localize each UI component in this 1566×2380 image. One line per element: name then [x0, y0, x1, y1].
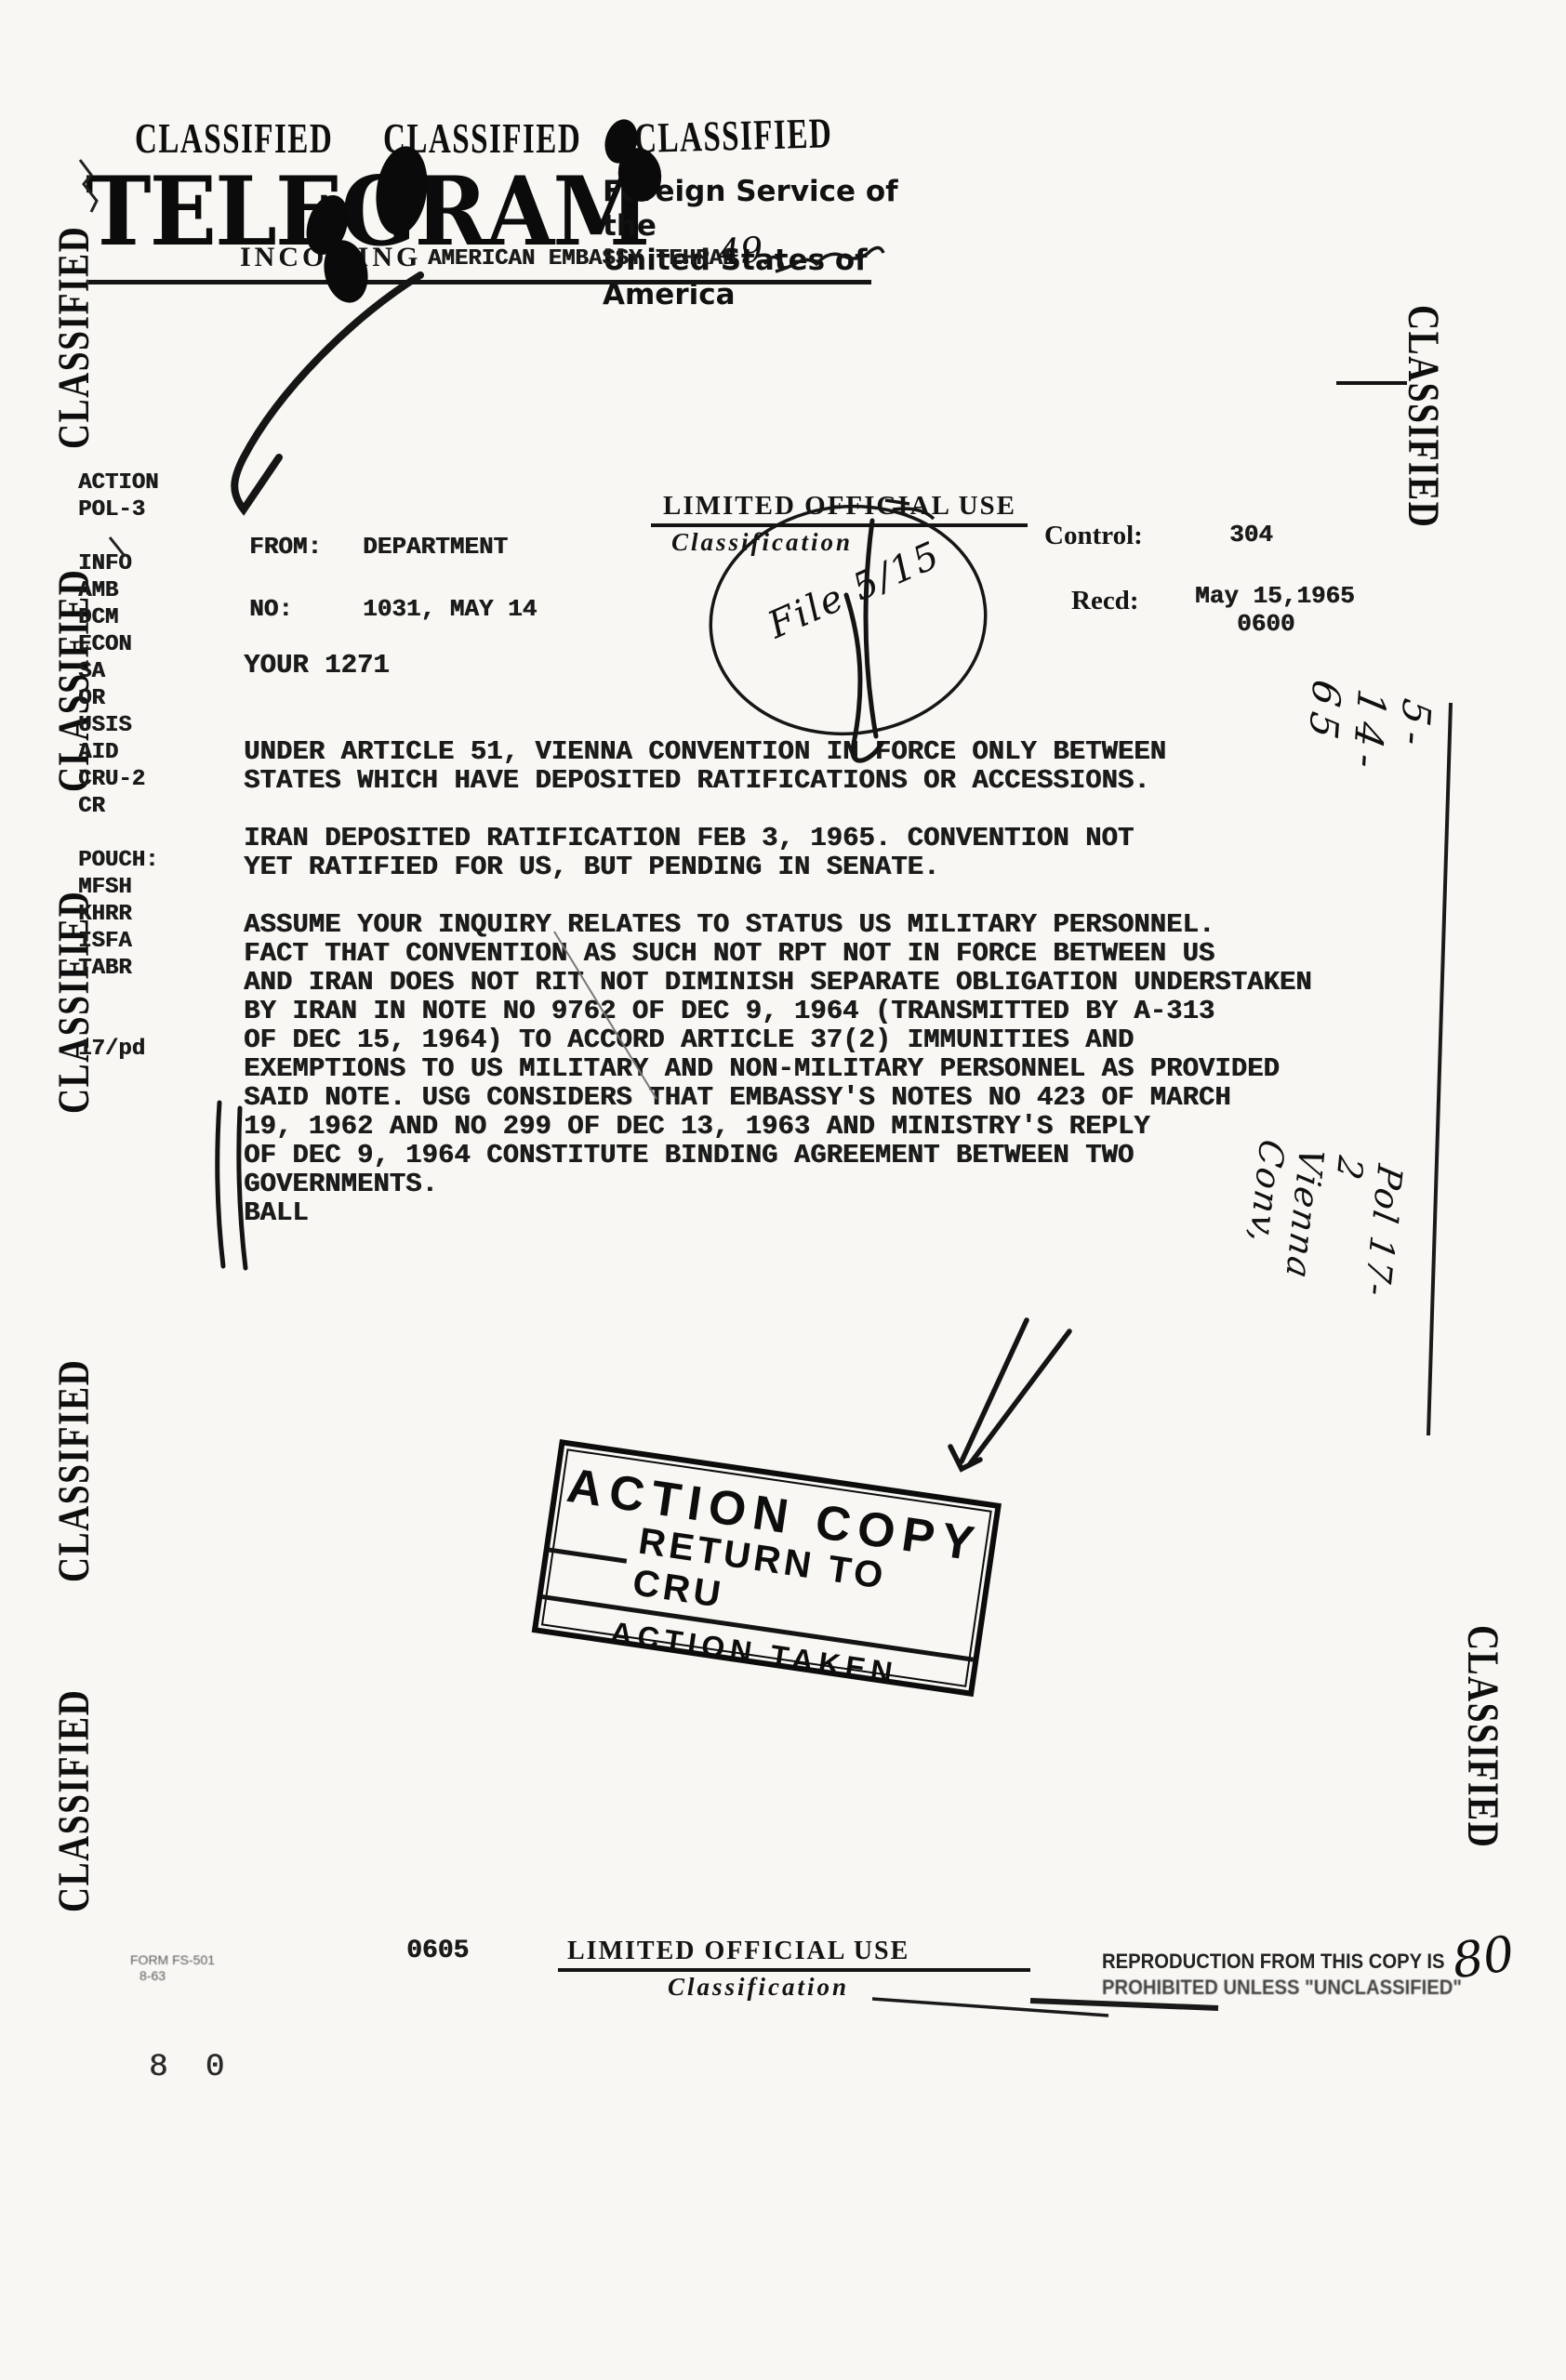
- margin-date-note: 5-14-65: [1440, 705, 1566, 841]
- margin-file-ref-text: Pol 17-2 Vienna Conv,: [1236, 1136, 1410, 1325]
- form-date: 8-63: [130, 1968, 215, 1984]
- classification-caption-top: Classification: [671, 528, 853, 557]
- header-rule-right: [1336, 381, 1407, 385]
- recd-time: 0600: [1237, 610, 1294, 638]
- margin-date-text: 5-14-65: [1295, 676, 1440, 831]
- classification-underline-top: [651, 523, 1028, 527]
- incoming-label: INCOMING: [240, 242, 421, 273]
- recd-value: May 15,1965: [1195, 582, 1355, 610]
- no-value: 1031, MAY 14: [363, 595, 537, 623]
- repro-line2: PROHIBITED UNLESS "UNCLASSIFIED": [1102, 1975, 1462, 2001]
- telegram-document: CLASSIFIED CLASSIFIED CLASSIFIED CLASSIF…: [0, 0, 1566, 2380]
- classification-caption-bottom: Classification: [668, 1973, 849, 2002]
- stamp-rule-left: [549, 1547, 627, 1563]
- classification-bottom: LIMITED OFFICIAL USE: [567, 1937, 909, 1966]
- from-value: DEPARTMENT: [363, 533, 508, 561]
- classification-top: LIMITED OFFICIAL USE: [663, 491, 1016, 522]
- control-label: Control:: [1044, 521, 1143, 551]
- classified-stamp-text: CLASSIFIED: [1457, 1625, 1508, 1848]
- classified-stamp-text: CLASSIFIED: [48, 1359, 100, 1582]
- page-number-typed: 8 0: [149, 2050, 233, 2085]
- classified-stamp-text: CLASSIFIED: [48, 1689, 100, 1912]
- message-body: YOUR 1271 UNDER ARTICLE 51, VIENNA CONVE…: [244, 651, 1312, 1227]
- form-number-block: FORM FS-501 8-63: [130, 1952, 215, 1984]
- handwritten-number: 49: [717, 229, 764, 272]
- recd-label: Recd:: [1071, 586, 1138, 616]
- control-value: 304: [1229, 521, 1273, 549]
- classified-stamp-text: CLASSIFIED: [633, 108, 833, 163]
- arrow-to-stamp: [962, 1320, 1069, 1465]
- classification-underline-bottom: [558, 1968, 1030, 1972]
- arrow-head: [950, 1447, 980, 1469]
- classified-stamp-text: CLASSIFIED: [1398, 305, 1449, 528]
- classified-stamp-right-1: CLASSIFIED: [1449, 305, 1566, 356]
- margin-file-ref: Pol 17-2 Vienna Conv,: [1410, 1170, 1566, 1329]
- header-rule: [88, 280, 871, 284]
- form-number: FORM FS-501: [130, 1952, 215, 1968]
- reproduction-notice: REPRODUCTION FROM THIS COPY IS PROHIBITE…: [1102, 1949, 1462, 2001]
- footer-line: [872, 1999, 1108, 2016]
- routing-column: ACTION POL-3 INFO AMB DCM ECON SA OR USI…: [78, 469, 158, 1063]
- no-label: NO:: [249, 595, 293, 623]
- classified-stamp-top-3: CLASSIFIED: [633, 106, 909, 163]
- repro-underline: [1030, 2001, 1218, 2008]
- footer-time: 0605: [406, 1937, 469, 1965]
- action-copy-stamp: ACTION COPY RETURN TO CRU ACTION TAKEN: [532, 1439, 1002, 1697]
- post-name: AMERICAN EMBASSY TEHRAN: [428, 246, 736, 271]
- page-number-handwritten: 80: [1449, 1926, 1518, 1990]
- from-label: FROM:: [249, 533, 322, 561]
- classified-stamp-left-4: CLASSIFIED: [48, 1582, 335, 1633]
- classified-stamp-right-2: CLASSIFIED: [1508, 1625, 1566, 1676]
- repro-line1: REPRODUCTION FROM THIS COPY IS: [1102, 1949, 1462, 1975]
